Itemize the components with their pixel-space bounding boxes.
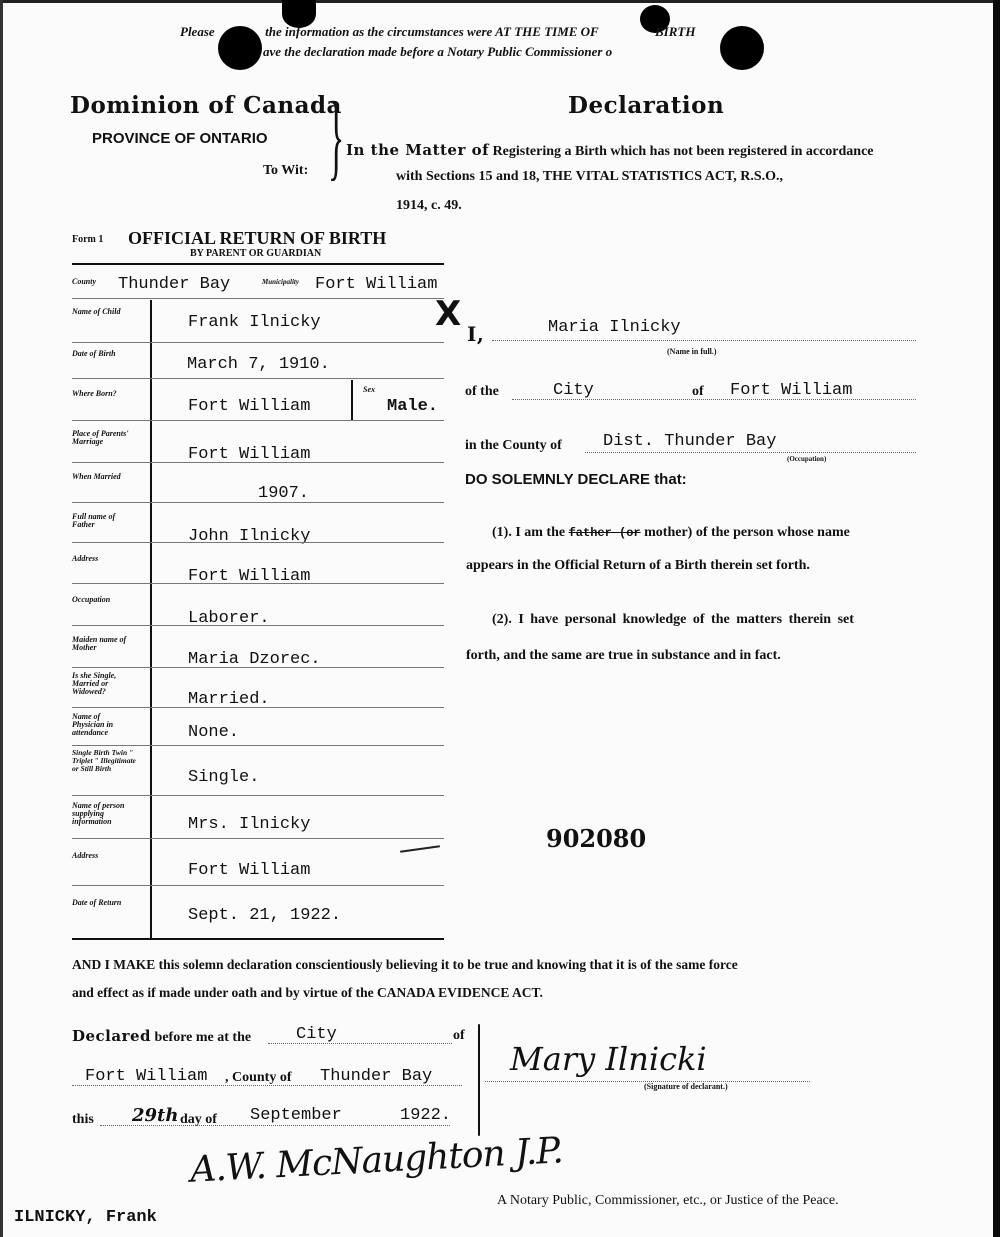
note-part: the information as the circumstances wer… <box>265 24 598 39</box>
signature-brace <box>478 1024 480 1136</box>
declared-year: 1922. <box>400 1106 451 1125</box>
municipality-value: Fort William <box>315 275 437 294</box>
county-value: Thunder Bay <box>118 275 230 294</box>
label-where-born: Where Born? <box>72 390 147 398</box>
declared-county-dotline <box>72 1085 462 1086</box>
county-dotline <box>585 452 916 453</box>
clause-1-line-1: (1). I am the father (or mother) of the … <box>492 525 850 541</box>
matter-line-3: 1914, c. 49. <box>396 198 462 214</box>
value-informant: Mrs. Ilnicky <box>188 815 310 834</box>
this-label: this <box>72 1112 94 1128</box>
sex-value: Male. <box>387 397 438 416</box>
matter-text: Registering a Birth which has not been r… <box>493 144 874 159</box>
scan-edge-left <box>0 0 3 1237</box>
form-bottom-rule <box>72 938 444 940</box>
notary-signature: A.W. McNaughton J.P. <box>189 1130 563 1190</box>
declared-line-1: Declared before me at the <box>72 1027 251 1046</box>
row-rule <box>72 583 444 584</box>
declared-word: Declared <box>72 1027 151 1045</box>
value-when-married: 1907. <box>258 484 309 503</box>
matter-line-2: with Sections 15 and 18, THE VITAL STATI… <box>396 169 783 185</box>
label-birth-type: Single Birth Twin " Triplet " Illegitima… <box>72 749 140 773</box>
form-column-divider <box>150 300 152 940</box>
form-number: Form 1 <box>72 234 103 245</box>
form-title: OFFICIAL RETURN OF BIRTH <box>128 228 386 249</box>
brace: } <box>328 88 344 184</box>
of-label: of <box>692 384 704 400</box>
clause-1-struck: father (or <box>569 526 641 540</box>
declared-month: September <box>250 1106 342 1125</box>
i-prefix: I, <box>467 322 484 346</box>
dominion-title: Dominion of Canada <box>70 92 342 119</box>
clause-1-b: mother) of the person whose name <box>644 525 850 540</box>
label-physician: Name of Physician in attendance <box>72 713 134 737</box>
sex-label: Sex <box>363 386 383 394</box>
declared-of-label: of <box>453 1028 465 1044</box>
row-rule <box>72 378 444 379</box>
row-rule <box>72 542 444 543</box>
form-title-rule <box>72 263 444 265</box>
declarant-signature: Mary Ilnicki <box>510 1040 707 1078</box>
row-rule <box>72 502 444 503</box>
of-the-label: of the <box>465 384 499 400</box>
label-informant-address: Address <box>72 852 147 860</box>
county-rule <box>72 298 444 299</box>
registration-number: 902080 <box>546 824 646 853</box>
label-father-name: Full name of Father <box>72 513 127 529</box>
value-name-of-child: Frank Ilnicky <box>188 313 321 332</box>
value-date-of-return: Sept. 21, 1922. <box>188 906 341 925</box>
row-rule <box>72 707 444 708</box>
value-father-name: John Ilnicky <box>188 527 310 546</box>
declarant-caption: (Signature of declarant.) <box>644 1082 728 1091</box>
note-part: Please <box>180 24 215 39</box>
row-rule <box>72 745 444 746</box>
x-mark: X <box>435 294 461 334</box>
place-name: Fort William <box>730 381 852 400</box>
note-part: BIRTH <box>655 24 695 39</box>
place-dotline <box>512 399 916 400</box>
value-informant-address: Fort William <box>188 861 310 880</box>
place-type: City <box>553 381 594 400</box>
label-father-address: Address <box>72 555 147 563</box>
value-where-born: Fort William <box>188 397 310 416</box>
declaration-title: Declaration <box>568 92 724 119</box>
declared-place-name: Fort William <box>85 1067 207 1086</box>
label-marital-status: Is she Single, Married or Widowed? <box>72 672 132 696</box>
label-occupation: Occupation <box>72 596 147 604</box>
label-mother-maiden: Maiden name of Mother <box>72 636 144 652</box>
header-note-line2: ave the declaration made before a Notary… <box>263 44 612 60</box>
solemn-line-1: AND I MAKE this solemn declaration consc… <box>72 957 738 973</box>
declared-county-of: , County of <box>225 1070 292 1086</box>
form-subtitle: BY PARENT OR GUARDIAN <box>190 248 321 259</box>
row-rule <box>72 885 444 886</box>
scan-edge-top <box>0 0 1000 3</box>
row-rule <box>72 838 444 839</box>
pen-stroke <box>400 845 440 853</box>
label-informant: Name of person supplying information <box>72 802 142 826</box>
occupation-caption: (Occupation) <box>787 455 826 463</box>
clause-2-line-2: forth, and the same are true in substanc… <box>466 648 781 664</box>
day-dotline <box>100 1125 450 1126</box>
row-rule <box>72 625 444 626</box>
label-name-of-child: Name of Child <box>72 308 147 316</box>
value-date-of-birth: March 7, 1910. <box>187 355 330 374</box>
punch-hole-4 <box>720 26 764 70</box>
label-date-of-return: Date of Return <box>72 899 147 907</box>
declared-county: Thunder Bay <box>320 1067 432 1086</box>
name-dotline <box>492 340 916 341</box>
declaration-county: Dist. Thunder Bay <box>603 432 776 451</box>
name-caption: (Name in full.) <box>667 347 717 356</box>
matter-prefix: In the Matter of <box>346 141 489 159</box>
declarant-name: Maria Ilnicky <box>548 318 681 337</box>
notary-caption: A Notary Public, Commissioner, etc., or … <box>497 1193 839 1209</box>
label-when-married: When Married <box>72 473 147 481</box>
solemnly-declare: DO SOLEMNLY DECLARE that: <box>465 471 687 488</box>
document-page: Please the information as the circumstan… <box>0 0 1000 1237</box>
before-me-label: before me at the <box>155 1030 252 1045</box>
scan-edge-right <box>993 0 1000 1237</box>
row-rule <box>72 342 444 343</box>
index-name: ILNICKY, Frank <box>14 1208 157 1227</box>
county-of-label: in the County of <box>465 438 562 454</box>
clause-2-line-1: (2). I have personal knowledge of the ma… <box>492 612 854 628</box>
sex-divider <box>351 380 353 420</box>
label-date-of-birth: Date of Birth <box>72 350 147 358</box>
value-birth-type: Single. <box>188 768 259 787</box>
value-physician: None. <box>188 723 239 742</box>
row-rule <box>72 795 444 796</box>
to-wit-label: To Wit: <box>263 163 308 179</box>
matter-line-1: In the Matter of Registering a Birth whi… <box>346 141 874 160</box>
province-label: PROVINCE OF ONTARIO <box>92 130 268 147</box>
row-rule <box>72 420 444 421</box>
row-rule <box>72 462 444 463</box>
row-rule <box>72 667 444 668</box>
clause-1-line-2: appears in the Official Return of a Birt… <box>466 558 810 574</box>
declared-place-dotline <box>268 1043 452 1044</box>
solemn-line-2: and effect as if made under oath and by … <box>72 985 543 1001</box>
declared-place-type: City <box>296 1025 337 1044</box>
day-value: 29th <box>132 1105 178 1126</box>
header-note-line1: Please the information as the circumstan… <box>180 24 695 40</box>
clause-1-a: (1). I am the <box>492 525 565 540</box>
label-place-of-marriage: Place of Parents' Marriage <box>72 430 147 446</box>
